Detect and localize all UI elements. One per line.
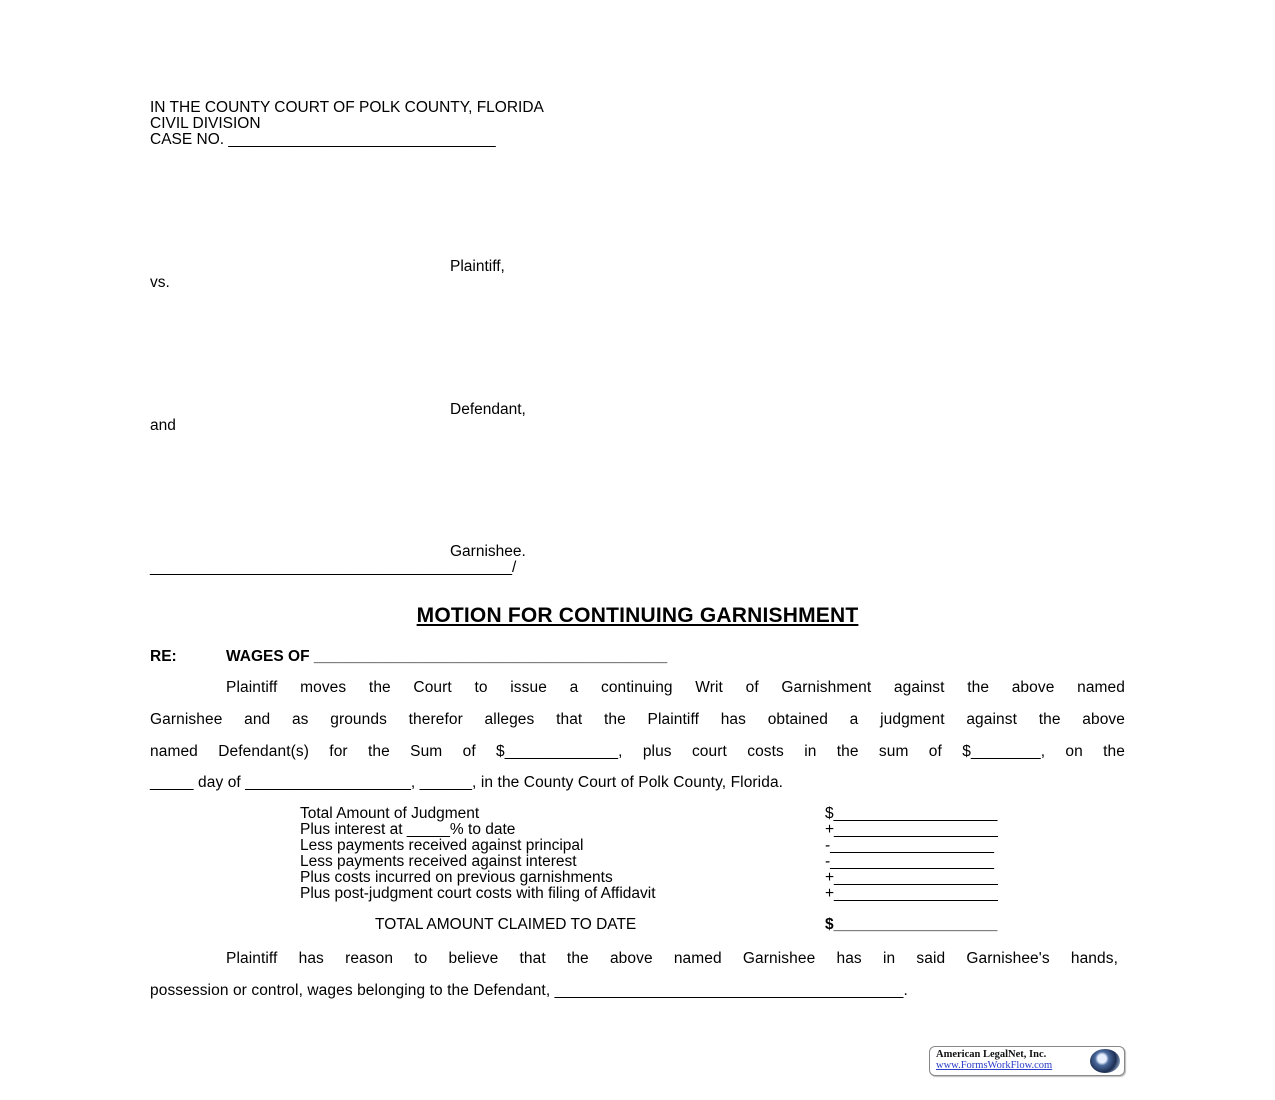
vs-label: vs. bbox=[150, 274, 170, 292]
amount-row-label: Plus post-judgment court costs with fili… bbox=[300, 886, 656, 902]
amount-row-value[interactable]: -___________________ bbox=[825, 854, 994, 870]
paragraph1-line1: Plaintiff moves the Court to issue a con… bbox=[150, 679, 1125, 697]
amount-row-value[interactable]: +___________________ bbox=[825, 886, 998, 902]
total-claimed-label: TOTAL AMOUNT CLAIMED TO DATE bbox=[375, 917, 636, 933]
caption-closing-line: ________________________________________… bbox=[150, 559, 516, 577]
amount-row-label: Less payments received against interest bbox=[300, 854, 577, 870]
division: CIVIL DIVISION bbox=[150, 116, 261, 132]
defendant-label: Defendant, bbox=[450, 401, 526, 419]
amount-row-label: Plus interest at _____% to date bbox=[300, 822, 515, 838]
amount-row-value[interactable]: $___________________ bbox=[825, 806, 997, 822]
logo-company-name: American LegalNet, Inc. bbox=[936, 1049, 1046, 1060]
amount-row-value[interactable]: +___________________ bbox=[825, 822, 998, 838]
and-label: and bbox=[150, 417, 176, 435]
court-name: IN THE COUNTY COURT OF POLK COUNTY, FLOR… bbox=[150, 100, 544, 116]
wages-of-field[interactable]: WAGES OF _______________________________… bbox=[226, 648, 667, 666]
american-legalnet-logo[interactable]: American LegalNet, Inc. www.FormsWorkFlo… bbox=[929, 1046, 1125, 1076]
amount-row-value[interactable]: +___________________ bbox=[825, 870, 998, 886]
paragraph1-line2: Garnishee and as grounds therefor allege… bbox=[150, 711, 1125, 729]
document-title: MOTION FOR CONTINUING GARNISHMENT bbox=[0, 604, 1275, 628]
total-claimed-value[interactable]: $___________________ bbox=[825, 917, 997, 933]
plaintiff-label: Plaintiff, bbox=[450, 258, 505, 276]
paragraph1-line3[interactable]: named Defendant(s) for the Sum of $_____… bbox=[150, 743, 1125, 761]
logo-url-link[interactable]: www.FormsWorkFlow.com bbox=[936, 1060, 1052, 1071]
paragraph1-line4[interactable]: _____ day of ___________________, ______… bbox=[150, 774, 783, 792]
amount-row-value[interactable]: -___________________ bbox=[825, 838, 994, 854]
paragraph2-line1: Plaintiff has reason to believe that the… bbox=[150, 950, 1118, 968]
amount-row-label: Total Amount of Judgment bbox=[300, 806, 479, 822]
case-number-field[interactable]: CASE NO. _______________________________ bbox=[150, 132, 496, 148]
amount-row-label: Plus costs incurred on previous garnishm… bbox=[300, 870, 613, 886]
re-label: RE: bbox=[150, 648, 177, 666]
globe-icon bbox=[1090, 1049, 1120, 1073]
amount-row-label: Less payments received against principal bbox=[300, 838, 583, 854]
paragraph2-line2[interactable]: possession or control, wages belonging t… bbox=[150, 982, 908, 1000]
